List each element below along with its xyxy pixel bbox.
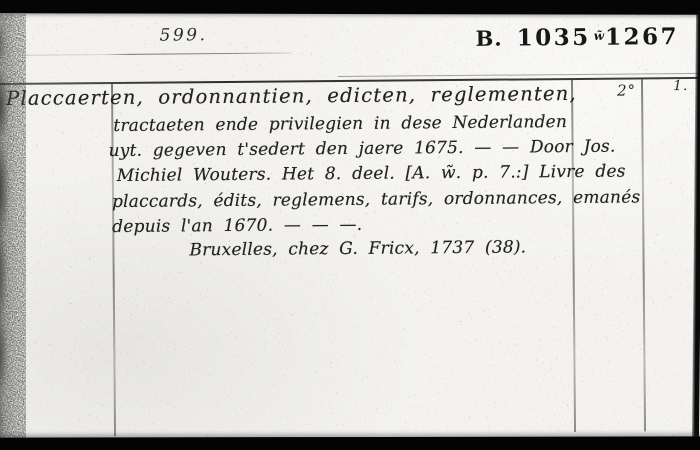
entry-line-2: tractaeten ende privilegien in dese Nede… xyxy=(113,112,567,136)
entry-line-4: Michiel Wouters. Het 8. deel. [A. w̃. p.… xyxy=(117,162,626,186)
shelfmark: B.1035w̃1267 xyxy=(476,23,680,52)
copy-number: 1. xyxy=(673,78,688,94)
column-rule-format xyxy=(571,79,576,432)
shelfmark-range-end: 1267 xyxy=(605,23,679,51)
catalog-card-scan: 599. B.1035w̃1267 Placcaerten, ordonnant… xyxy=(0,0,700,450)
entry-line-3: uyt. gegeven t'sedert den jaere 1675. — … xyxy=(109,137,616,161)
scan-edge-top xyxy=(0,0,700,15)
column-rule-copies xyxy=(641,78,646,431)
entry-line-6: depuis l'an 1670. — — —. xyxy=(112,215,362,237)
entry-line-5: placcards, édits, reglemens, tarifs, ord… xyxy=(112,187,640,212)
scan-edge-bottom xyxy=(0,436,700,450)
entry-line-1: Placcaerten, ordonnantien, edicten, regl… xyxy=(6,82,577,110)
shelfmark-connector: w̃ xyxy=(594,29,604,43)
format-note: 2° xyxy=(617,81,636,99)
page-number-underline xyxy=(24,52,292,55)
shelfmark-prefix: B. xyxy=(476,26,503,51)
scan-smudge-left xyxy=(0,14,24,438)
page-number: 599. xyxy=(159,25,207,45)
shelfmark-range-start: 1035 xyxy=(517,24,591,52)
entry-line-7: Bruxelles, chez G. Fricx, 1737 (38). xyxy=(189,237,526,260)
card-content: 599. B.1035w̃1267 Placcaerten, ordonnant… xyxy=(0,0,700,450)
